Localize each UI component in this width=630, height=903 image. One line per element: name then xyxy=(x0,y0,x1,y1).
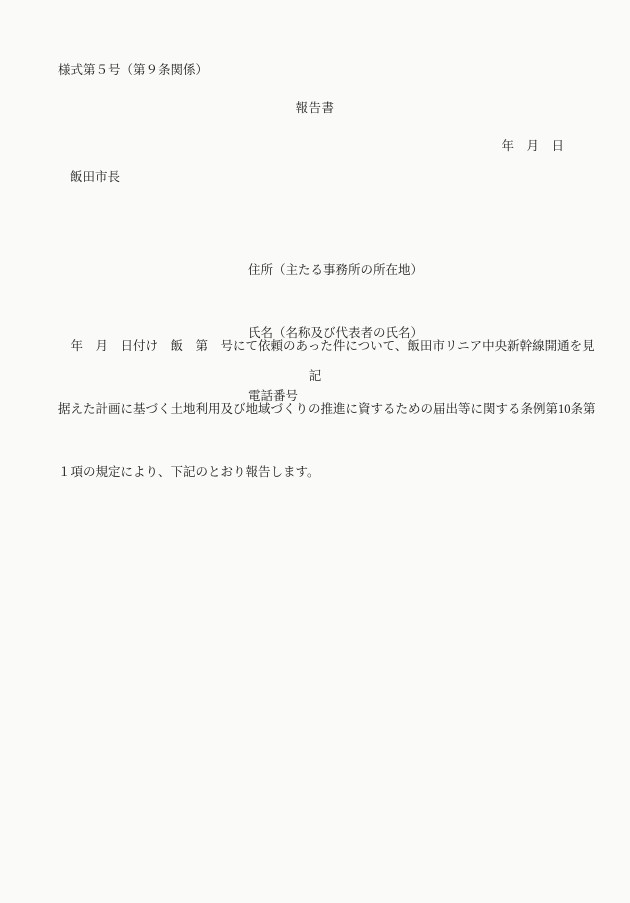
form-number: 様式第５号（第９条関係） xyxy=(58,60,208,81)
body-line: 据えた計画に基づく土地利用及び地域づくりの推進に資するための届出等に関する条例第… xyxy=(58,399,574,420)
addressee: 飯田市長 xyxy=(70,167,120,188)
report-form-page: 様式第５号（第９条関係） 報告書 年 月 日 飯田市長 住所（主たる事務所の所在… xyxy=(0,0,630,903)
sender-address-label: 住所（主たる事務所の所在地） xyxy=(248,260,423,281)
body-paragraph: 年 月 日付け 飯 第 号にて依頼のあった件について、飯田市リニア中央新幹線開通… xyxy=(58,294,574,525)
body-line: 年 月 日付け 飯 第 号にて依頼のあった件について、飯田市リニア中央新幹線開通… xyxy=(58,336,574,357)
body-line: １項の規定により、下記のとおり報告します。 xyxy=(58,462,574,483)
record-marker: 記 xyxy=(0,366,630,387)
document-title: 報告書 xyxy=(0,98,630,119)
date-line: 年 月 日 xyxy=(501,136,564,157)
